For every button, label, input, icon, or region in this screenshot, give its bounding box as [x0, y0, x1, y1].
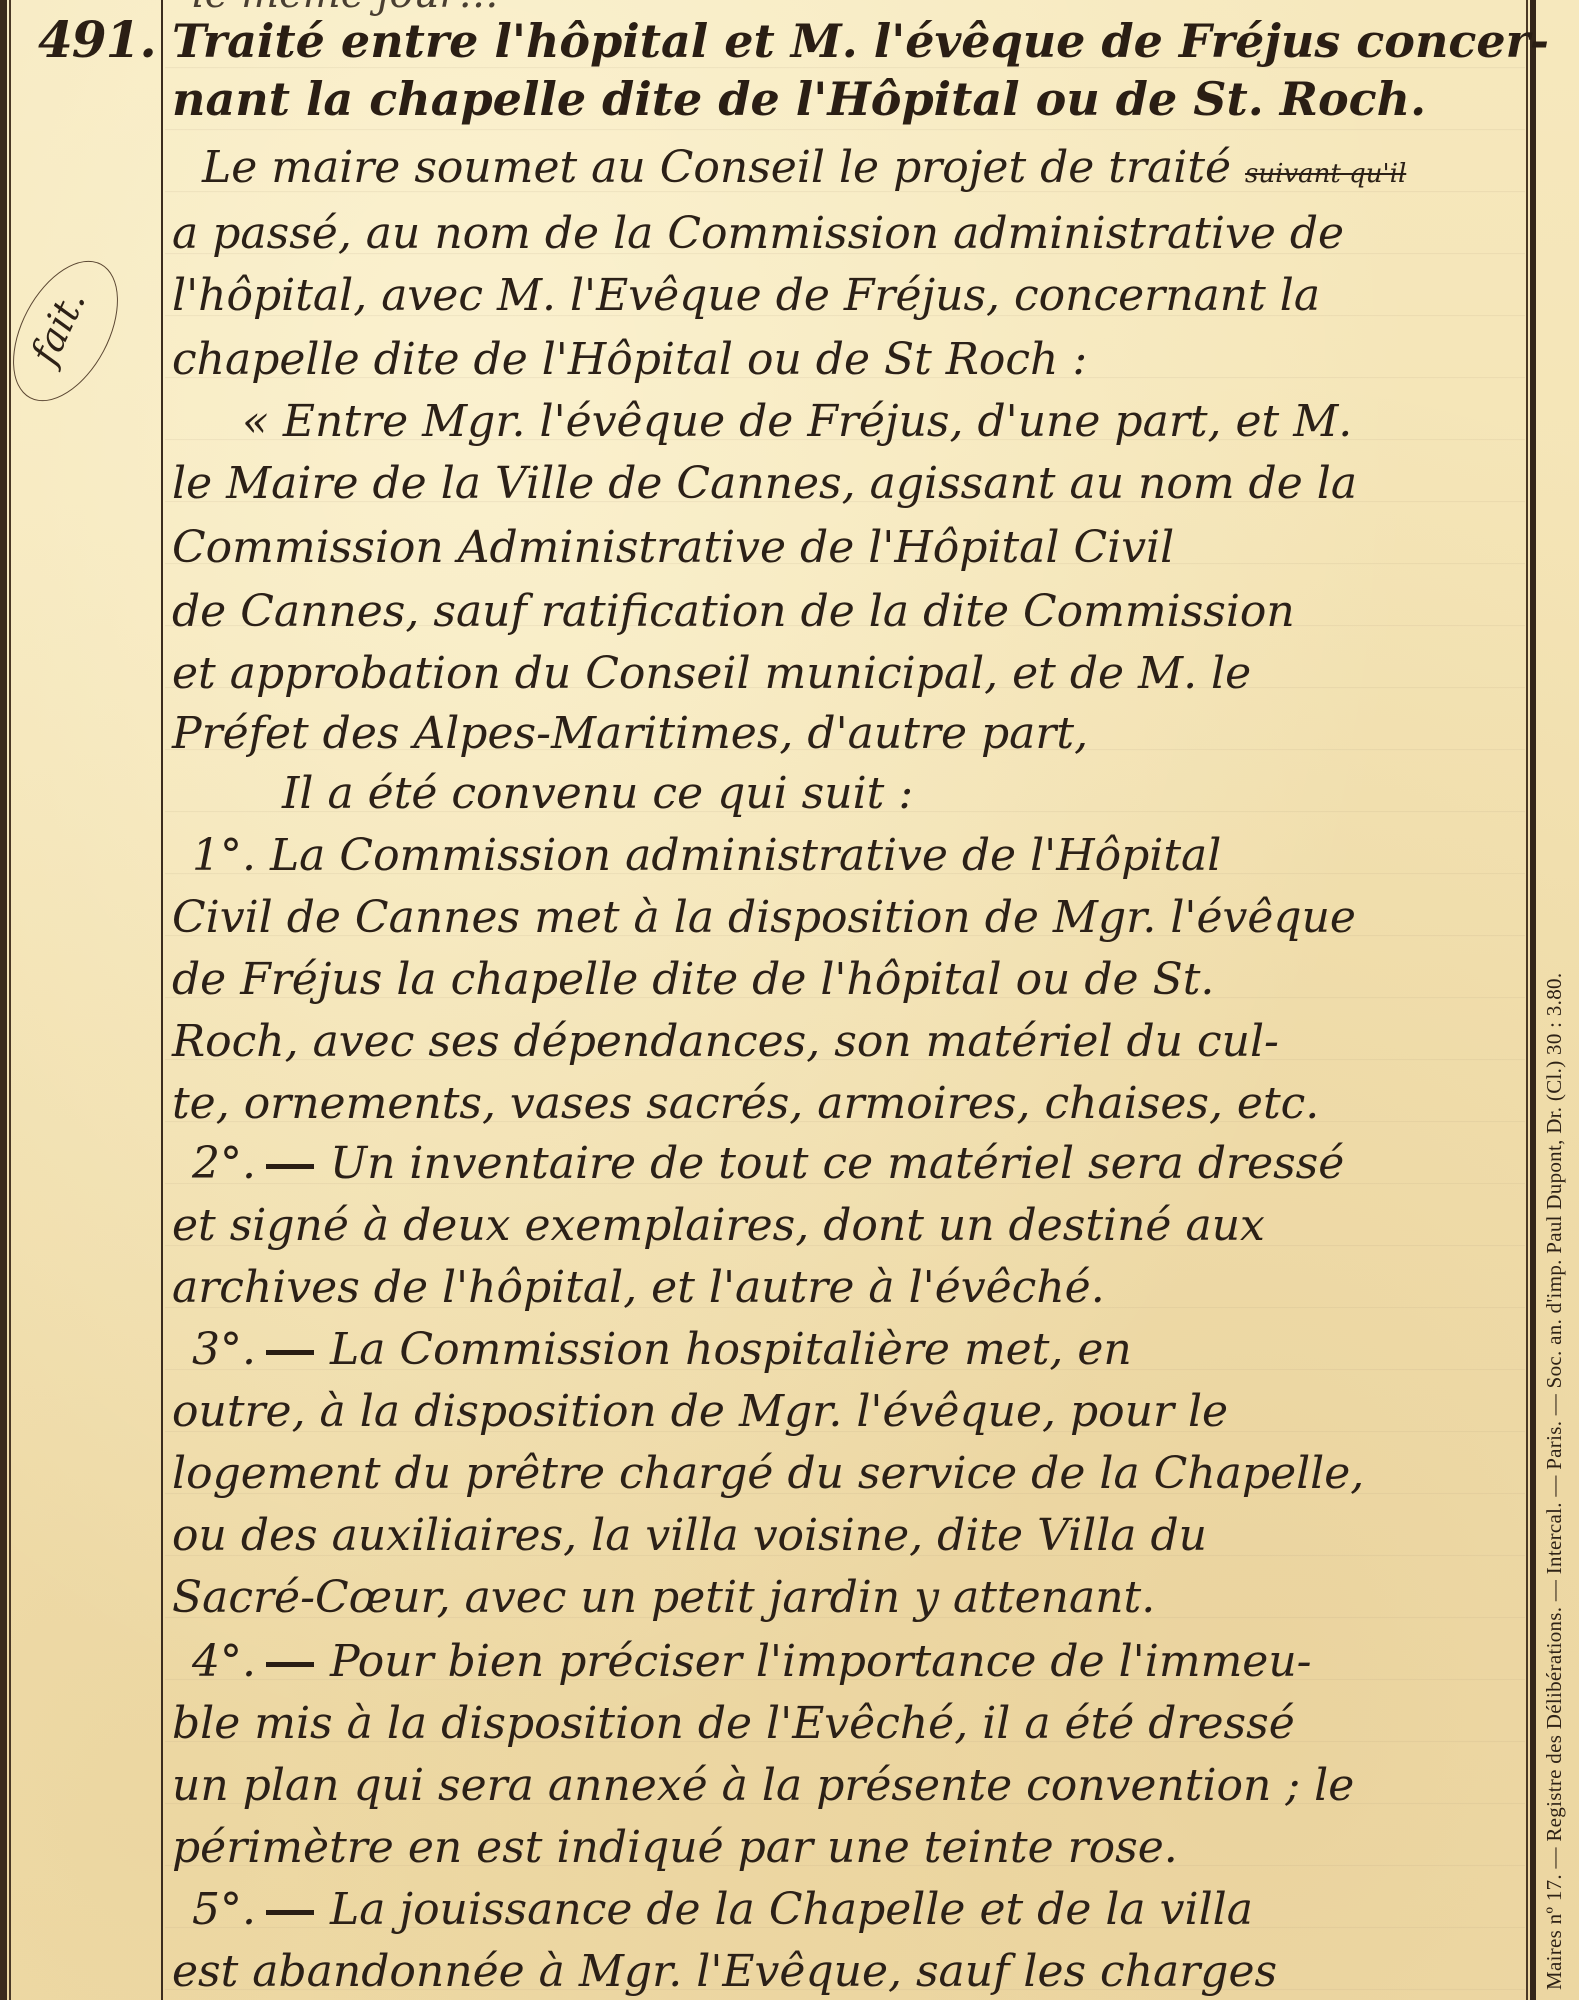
entry-number: 491.: [38, 10, 156, 69]
fait-annotation: fait.: [10, 245, 130, 395]
dash-rule: [266, 1662, 314, 1667]
body-line: ou des auxiliaires, la villa voisine, di…: [172, 1514, 1207, 1558]
article-number: 3°.: [192, 1324, 256, 1375]
body-line: le Maire de la Ville de Cannes, agissant…: [172, 462, 1357, 506]
body-line: et approbation du Conseil municipal, et …: [172, 652, 1251, 696]
cut-off-line: le même jour…: [192, 0, 498, 14]
deliberation-text: le même jour… Traité entre l'hôpital et …: [172, 0, 1522, 2000]
article-line: 2°.Un inventaire de tout ce matériel ser…: [192, 1142, 1344, 1186]
dash-rule: [266, 1350, 314, 1355]
body-line: « Entre Mgr. l'évêque de Fréjus, d'une p…: [242, 400, 1352, 444]
dash-rule: [266, 1910, 314, 1915]
article-number: 4°.: [192, 1636, 256, 1687]
right-inner-border: [1526, 0, 1528, 2000]
body-line: logement du prêtre chargé du service de …: [172, 1452, 1364, 1496]
body-line-text: La jouissance de la Chapelle et de la vi…: [330, 1884, 1253, 1935]
body-line-text: La Commission hospitalière met, en: [330, 1324, 1132, 1375]
left-outer-border: [0, 0, 7, 2000]
body-line: de Cannes, sauf ratification de la dite …: [172, 590, 1295, 634]
body-line: Civil de Cannes met à la disposition de …: [172, 896, 1356, 940]
body-line: Préfet des Alpes-Maritimes, d'autre part…: [172, 712, 1088, 756]
body-line: outre, à la disposition de Mgr. l'évêque…: [172, 1390, 1228, 1434]
article-line: 5°.La jouissance de la Chapelle et de la…: [192, 1888, 1253, 1932]
printer-imprint: Maires nº 17. — Registre des Délibératio…: [1542, 973, 1567, 1990]
body-line: archives de l'hôpital, et l'autre à l'év…: [172, 1266, 1105, 1310]
margin-separator-rule: [161, 0, 163, 2000]
body-line-text: Pour bien préciser l'importance de l'imm…: [330, 1636, 1312, 1687]
body-line: chapelle dite de l'Hôpital ou de St Roch…: [172, 338, 1087, 382]
body-line: Roch, avec ses dépendances, son matériel…: [172, 1020, 1279, 1064]
body-line-text: Le maire soumet au Conseil le projet de …: [202, 142, 1231, 193]
body-line: te, ornements, vases sacrés, armoires, c…: [172, 1082, 1319, 1126]
entry-title-line-2: nant la chapelle dite de l'Hôpital ou de…: [172, 76, 1426, 122]
body-line: l'hôpital, avec M. l'Evêque de Fréjus, c…: [172, 274, 1320, 318]
body-line: Le maire soumet au Conseil le projet de …: [202, 146, 1406, 190]
article-number: 2°.: [192, 1138, 256, 1189]
entry-title-line-1: Traité entre l'hôpital et M. l'évêque de…: [172, 18, 1549, 64]
body-line: de Fréjus la chapelle dite de l'hôpital …: [172, 958, 1214, 1002]
body-line: un plan qui sera annexé à la présente co…: [172, 1764, 1354, 1808]
article-number: 5°.: [192, 1884, 256, 1935]
body-line: Commission Administrative de l'Hôpital C…: [172, 526, 1174, 570]
article-line: 4°.Pour bien préciser l'importance de l'…: [192, 1640, 1312, 1684]
inserted-words: suivant qu'il: [1245, 159, 1406, 189]
article-line: 3°.La Commission hospitalière met, en: [192, 1328, 1132, 1372]
body-line: 1°. La Commission administrative de l'Hô…: [192, 834, 1221, 878]
body-line: a passé, au nom de la Commission adminis…: [172, 212, 1344, 256]
body-line-text: Un inventaire de tout ce matériel sera d…: [330, 1138, 1344, 1189]
dash-rule: [266, 1164, 314, 1169]
body-line: périmètre en est indiqué par une teinte …: [172, 1826, 1178, 1870]
body-line: Sacré-Cœur, avec un petit jardin y atten…: [172, 1576, 1155, 1620]
right-outer-border: [1530, 0, 1536, 2000]
body-line: ble mis à la disposition de l'Evêché, il…: [172, 1702, 1295, 1746]
body-line: est abandonnée à Mgr. l'Evêque, sauf les…: [172, 1950, 1277, 1994]
body-line: et signé à deux exemplaires, dont un des…: [172, 1204, 1265, 1248]
body-line: Il a été convenu ce qui suit :: [282, 772, 913, 816]
